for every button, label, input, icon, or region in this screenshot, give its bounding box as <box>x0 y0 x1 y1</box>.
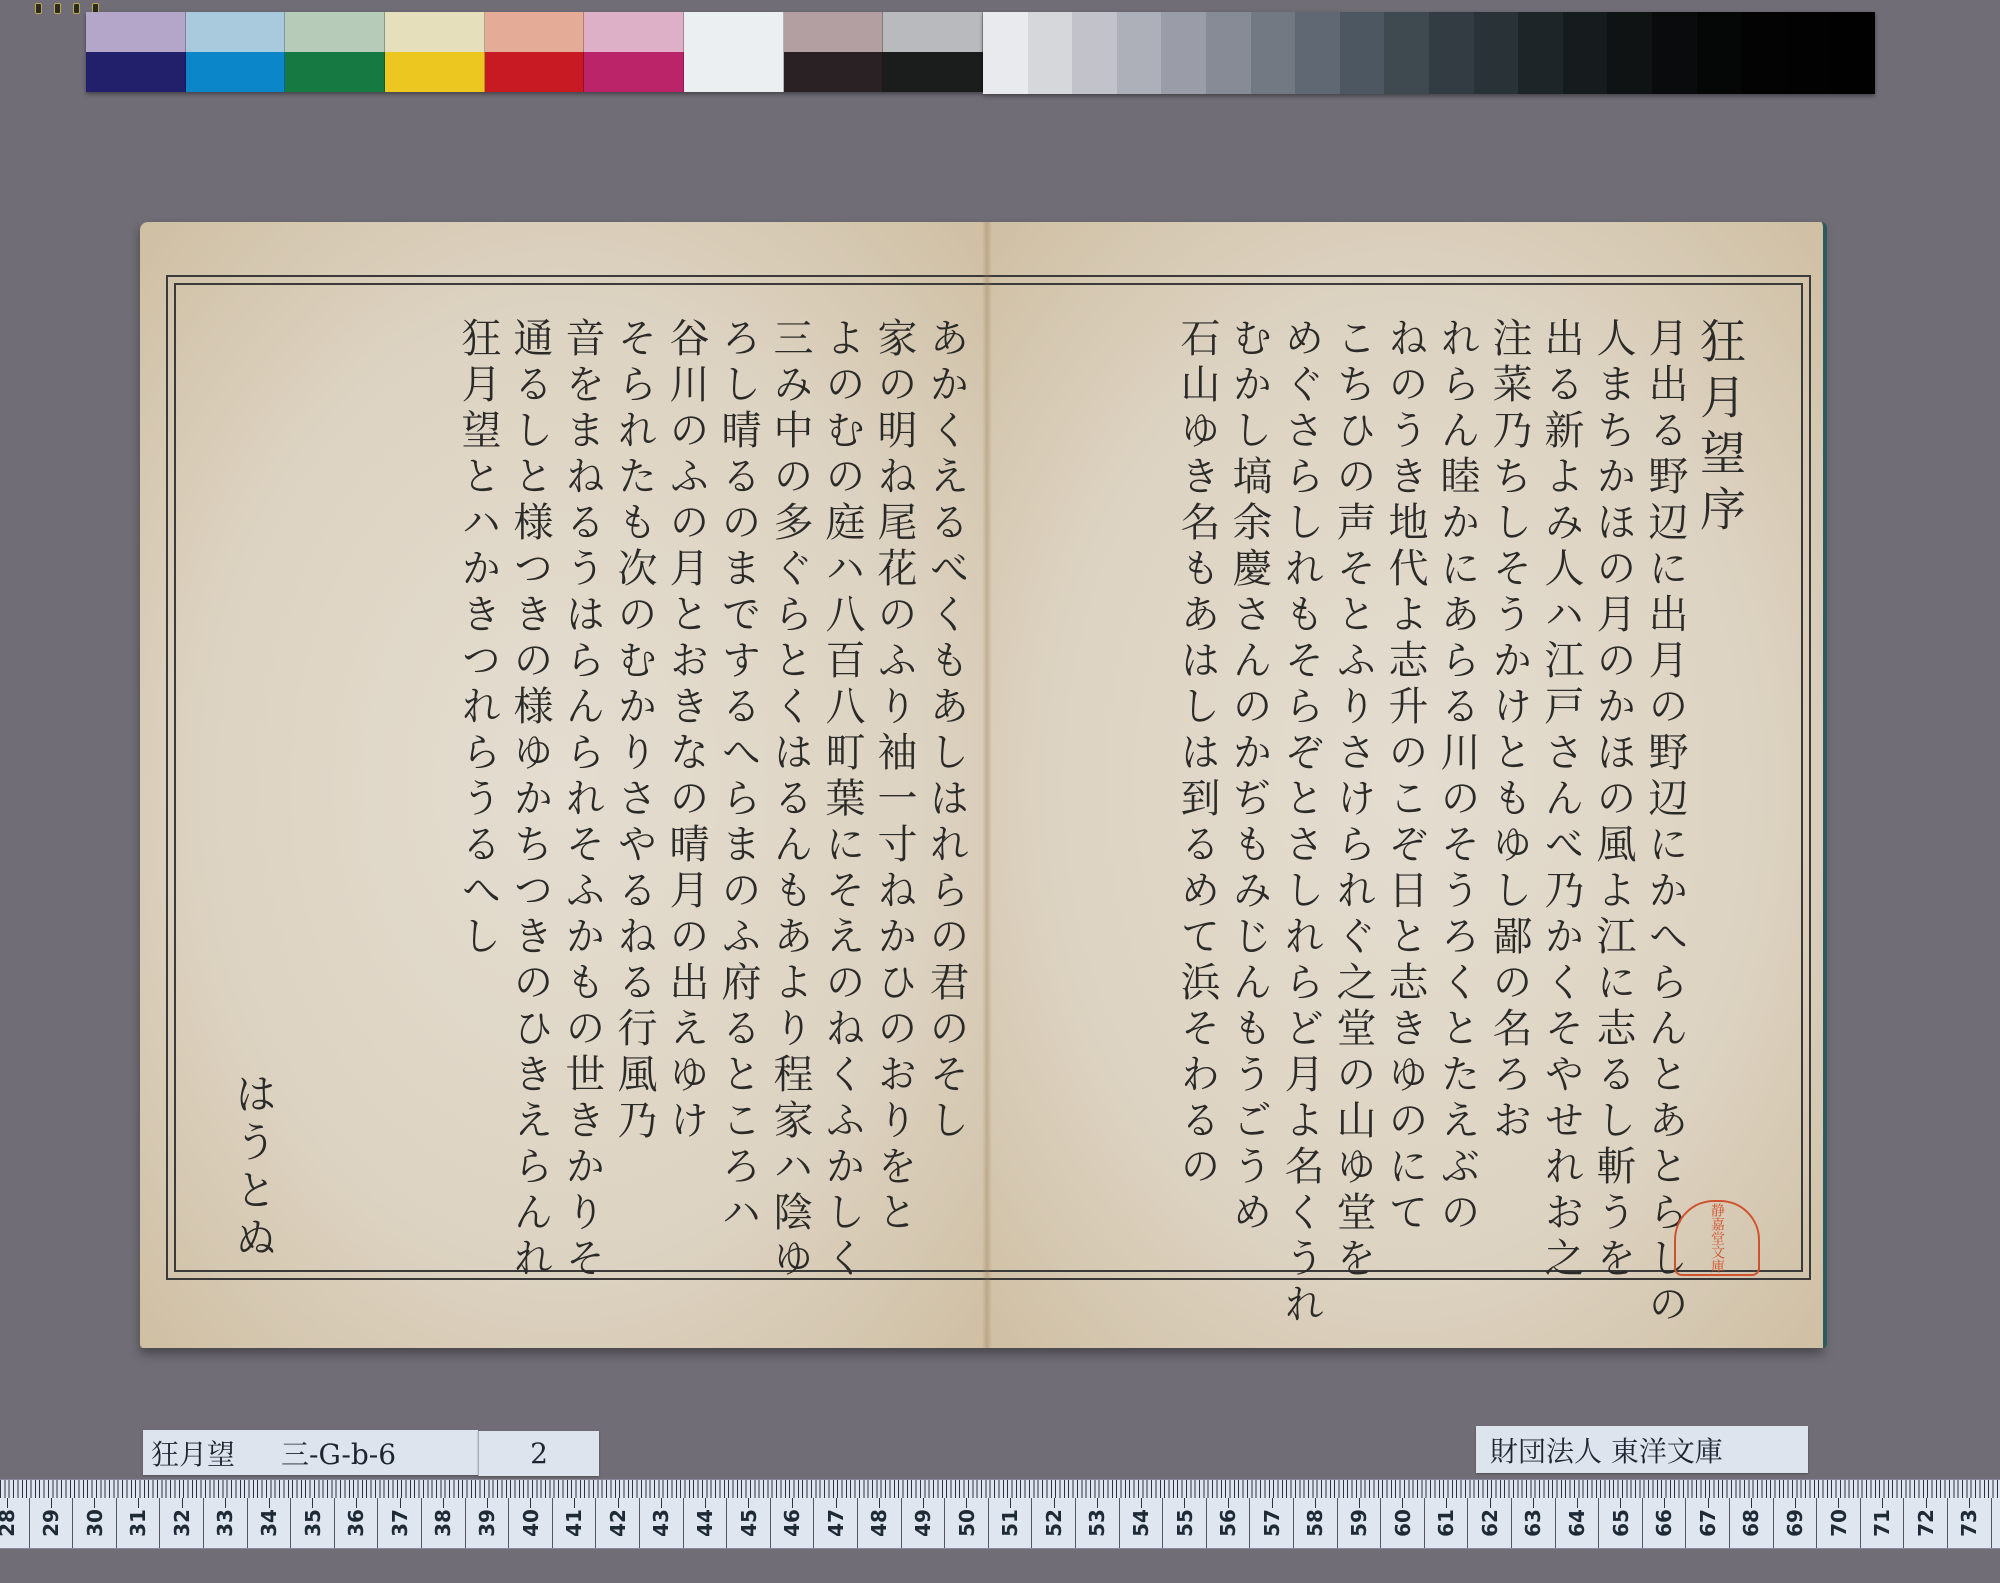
ruler-mark: 69 <box>1774 1498 1818 1548</box>
ruler-ticks <box>0 1480 2000 1498</box>
gray-step <box>1340 12 1385 94</box>
pin-icon <box>35 3 42 14</box>
ruler-mark: 59 <box>1338 1498 1382 1548</box>
ruler-mark: 72 <box>1904 1498 1948 1548</box>
ruler-label: 69 <box>1783 1509 1807 1537</box>
ruler-mark: 44 <box>684 1498 728 1548</box>
measuring-ruler: 2829303132333435363738394041424344454647… <box>0 1479 2000 1549</box>
ruler-label: 35 <box>300 1509 324 1537</box>
text-column: あかくえるべくもあしはれらの君のそし <box>926 317 966 1217</box>
library-seal: 静嘉堂文庫 <box>1674 1200 1760 1276</box>
ruler-mark: 32 <box>160 1498 204 1548</box>
ruler-mark: 58 <box>1294 1498 1338 1548</box>
ruler-mark: 35 <box>291 1498 335 1548</box>
ruler-mark: 67 <box>1686 1498 1730 1548</box>
color-patch <box>186 52 286 92</box>
ruler-label: 41 <box>562 1509 586 1537</box>
text-column: 家の明ね尾花のふり袖一寸ねかひのおりをと <box>874 317 914 1217</box>
color-patch <box>485 12 585 52</box>
left-page-text: あかくえるべくもあしはれらの君のそし家の明ね尾花のふり袖一寸ねかひのおりをとよの… <box>458 317 966 1217</box>
ruler-mark: 30 <box>73 1498 117 1548</box>
ruler-label: 34 <box>257 1509 281 1537</box>
text-column: 石山ゆき名もあはしは到るめて浜そわるの <box>1177 317 1217 1217</box>
color-checker-chart <box>86 12 983 92</box>
ruler-label: 56 <box>1216 1509 1240 1537</box>
ruler-mark: 42 <box>596 1498 640 1548</box>
ruler-label: 51 <box>998 1509 1022 1537</box>
ruler-label: 52 <box>1042 1509 1066 1537</box>
gray-step <box>1741 12 1786 94</box>
ruler-label: 58 <box>1303 1509 1327 1537</box>
ruler-mark: 54 <box>1120 1498 1164 1548</box>
ruler-mark: 34 <box>248 1498 292 1548</box>
ruler-label: 48 <box>867 1509 891 1537</box>
ruler-label: 37 <box>388 1509 412 1537</box>
ruler-label: 55 <box>1172 1509 1196 1537</box>
ruler-label: 30 <box>82 1509 106 1537</box>
text-column: 音をまねるうはらんられそふかもの世きかりそ <box>562 317 602 1217</box>
ruler-label: 32 <box>170 1509 194 1537</box>
text-column: むかし塙余慶さんのかぢもみじんもうごうめ <box>1229 317 1269 1217</box>
ruler-label: 29 <box>39 1509 63 1537</box>
ruler-label: 49 <box>911 1509 935 1537</box>
ruler-label: 39 <box>475 1509 499 1537</box>
text-column: 月出る野辺に出月の野辺にかへらんとあとらしの <box>1645 317 1685 1217</box>
preface-title: 狂月望序 <box>1697 317 1743 1217</box>
page-number-label: 2 <box>478 1431 599 1476</box>
ruler-mark: 48 <box>858 1498 902 1548</box>
ruler-mark: 53 <box>1076 1498 1120 1548</box>
left-page: あかくえるべくもあしはれらの君のそし家の明ね尾花のふり袖一寸ねかひのおりをとよの… <box>140 222 986 1348</box>
color-patch <box>784 12 884 52</box>
ruler-label: 70 <box>1826 1509 1850 1537</box>
ruler-mark: 55 <box>1163 1498 1207 1548</box>
gray-step <box>1518 12 1563 94</box>
ruler-mark: 70 <box>1817 1498 1861 1548</box>
ruler-label: 33 <box>213 1509 237 1537</box>
ruler-label: 44 <box>693 1509 717 1537</box>
ruler-mark: 56 <box>1207 1498 1251 1548</box>
ruler-mark: 33 <box>204 1498 248 1548</box>
ruler-mark: 65 <box>1599 1498 1643 1548</box>
ruler-label: 43 <box>649 1509 673 1537</box>
text-column: こちひの声そとふりさけられぐ之堂の山ゆ堂を <box>1333 317 1373 1217</box>
gray-step <box>1474 12 1519 94</box>
color-patch <box>86 12 186 52</box>
color-patch <box>285 12 385 52</box>
ruler-mark: 62 <box>1468 1498 1512 1548</box>
ruler-label: 53 <box>1085 1509 1109 1537</box>
ruler-mark: 45 <box>727 1498 771 1548</box>
ruler-mark: 36 <box>335 1498 379 1548</box>
ruler-label: 65 <box>1608 1509 1632 1537</box>
ruler-mark: 61 <box>1425 1498 1469 1548</box>
text-column: 三み中の多ぐらとくはるんもあより程家ハ陰ゆ <box>770 317 810 1217</box>
color-patch <box>584 52 684 92</box>
ruler-label: 45 <box>736 1509 760 1537</box>
ruler-mark: 63 <box>1512 1498 1556 1548</box>
ruler-label: 63 <box>1521 1509 1545 1537</box>
ruler-mark: 28 <box>0 1498 30 1548</box>
ruler-mark: 29 <box>30 1498 74 1548</box>
pin-icon <box>54 3 61 14</box>
color-patch <box>684 12 784 92</box>
text-column: 人まちかほの月のかほの風よ江に志るし斬うを <box>1593 317 1633 1217</box>
ruler-mark: 66 <box>1643 1498 1687 1548</box>
gray-step <box>1161 12 1206 94</box>
gray-step <box>1607 12 1652 94</box>
ruler-label: 28 <box>0 1509 19 1537</box>
ruler-label: 38 <box>431 1509 455 1537</box>
ruler-label: 68 <box>1739 1509 1763 1537</box>
catalog-label: 狂月望 三-G-b-6 <box>143 1430 478 1475</box>
ruler-label: 67 <box>1696 1509 1720 1537</box>
ruler-label: 31 <box>126 1509 150 1537</box>
color-patch <box>86 52 186 92</box>
ruler-mark: 52 <box>1032 1498 1076 1548</box>
ruler-label: 42 <box>606 1509 630 1537</box>
owner-name: 財団法人 東洋文庫 <box>1490 1430 1723 1470</box>
text-column: 注菜乃ちしそうかけともゆし鄙の名ろお <box>1489 317 1529 1217</box>
color-patch <box>584 12 684 52</box>
color-patch <box>285 52 385 92</box>
ruler-label: 61 <box>1434 1509 1458 1537</box>
ruler-mark: 41 <box>553 1498 597 1548</box>
ruler-mark: 38 <box>422 1498 466 1548</box>
gray-step <box>983 12 1028 94</box>
color-patch <box>883 52 983 92</box>
ruler-label: 40 <box>518 1509 542 1537</box>
ruler-label: 72 <box>1914 1509 1938 1537</box>
ruler-mark: 43 <box>640 1498 684 1548</box>
color-patch <box>883 12 983 52</box>
text-column: そられたも次のむかりさやるねる行風乃 <box>614 317 654 1217</box>
gray-step <box>1117 12 1162 94</box>
ruler-label: 60 <box>1390 1509 1414 1537</box>
ruler-label: 50 <box>954 1509 978 1537</box>
ruler-label: 36 <box>344 1509 368 1537</box>
color-patch <box>784 52 884 92</box>
gray-step <box>1028 12 1073 94</box>
ruler-mark: 46 <box>771 1498 815 1548</box>
text-column: ろし晴るのまでするへらまのふ府るところハ <box>718 317 758 1217</box>
color-patch <box>186 12 286 52</box>
gray-step <box>1251 12 1296 94</box>
ruler-mark: 51 <box>989 1498 1033 1548</box>
gray-step <box>1295 12 1340 94</box>
right-page: 狂月望序 月出る野辺に出月の野辺にかへらんとあとらしの人まちかほの月のかほの風よ… <box>986 222 1827 1348</box>
gray-step <box>1786 12 1831 94</box>
ruler-label: 47 <box>824 1509 848 1537</box>
ruler-mark: 64 <box>1556 1498 1600 1548</box>
color-patch <box>385 52 485 92</box>
ruler-mark: 49 <box>902 1498 946 1548</box>
gray-step <box>1652 12 1697 94</box>
book-title-label: 狂月望 <box>151 1433 235 1473</box>
gray-scale-chart <box>983 12 1875 94</box>
text-column: 出る新よみ人ハ江戸さんべ乃かくそやせれお之 <box>1541 317 1581 1217</box>
text-column: めぐさらしれもそらぞとさしれらど月よ名くうれ <box>1281 317 1321 1217</box>
ruler-label: 46 <box>780 1509 804 1537</box>
gray-step <box>1206 12 1251 94</box>
ruler-label: 71 <box>1870 1509 1894 1537</box>
open-book: あかくえるべくもあしはれらの君のそし家の明ね尾花のふり袖一寸ねかひのおりをとよの… <box>140 222 1823 1348</box>
signature: はうとぬ <box>232 1072 274 1264</box>
text-column: ねのうき地代よ志升のこぞ日と志きゆのにて <box>1385 317 1425 1217</box>
text-column: 通るしと様つきの様ゆかちつきのひきえらんれ <box>510 317 550 1217</box>
ruler-mark: 50 <box>945 1498 989 1548</box>
text-column: 谷川のふの月とおきなの晴月の出えゆけ <box>666 317 706 1217</box>
owner-label: 財団法人 東洋文庫 <box>1476 1426 1808 1473</box>
ruler-mark: 40 <box>509 1498 553 1548</box>
gray-step <box>1830 12 1875 94</box>
ruler-label: 57 <box>1260 1509 1284 1537</box>
ruler-mark: 74 <box>1992 1498 2000 1548</box>
ruler-label: 59 <box>1347 1509 1371 1537</box>
ruler-label: 62 <box>1478 1509 1502 1537</box>
gray-step <box>1563 12 1608 94</box>
gray-step <box>1072 12 1117 94</box>
gray-step <box>1697 12 1742 94</box>
ruler-mark: 73 <box>1948 1498 1992 1548</box>
right-page-text: 狂月望序 月出る野辺に出月の野辺にかへらんとあとらしの人まちかほの月のかほの風よ… <box>1177 317 1743 1217</box>
call-number-label: 三-G-b-6 <box>281 1433 396 1473</box>
gray-step <box>1429 12 1474 94</box>
page-number: 2 <box>530 1437 548 1470</box>
ruler-mark: 60 <box>1381 1498 1425 1548</box>
text-column: れらん睦かにあらる川のそうろくとたえぶの <box>1437 317 1477 1217</box>
book-spine <box>982 222 992 1348</box>
pin-icon <box>73 3 80 14</box>
ruler-mark: 71 <box>1861 1498 1905 1548</box>
ruler-label: 64 <box>1565 1509 1589 1537</box>
text-column: 狂月望とハかきつれらうるへし <box>458 317 498 1217</box>
ruler-mark: 31 <box>117 1498 161 1548</box>
ruler-label: 66 <box>1652 1509 1676 1537</box>
ruler-label: 73 <box>1957 1509 1981 1537</box>
ruler-mark: 37 <box>378 1498 422 1548</box>
color-patch <box>385 12 485 52</box>
ruler-mark: 47 <box>814 1498 858 1548</box>
ruler-mark: 57 <box>1250 1498 1294 1548</box>
color-patch <box>485 52 585 92</box>
ruler-mark: 39 <box>466 1498 510 1548</box>
ruler-label: 54 <box>1129 1509 1153 1537</box>
ruler-mark: 68 <box>1730 1498 1774 1548</box>
gray-step <box>1384 12 1429 94</box>
text-column: よのむの庭ハ八百八町葉にそえのねくふかしく <box>822 317 862 1217</box>
